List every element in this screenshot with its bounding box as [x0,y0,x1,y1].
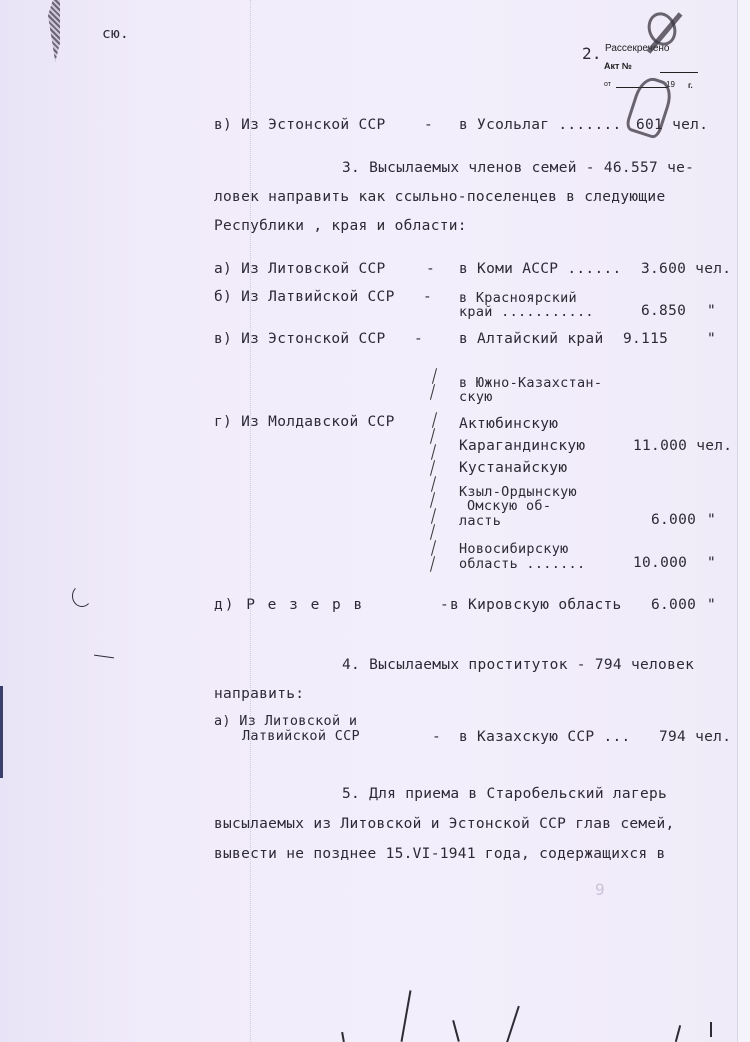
item-g-dest-omsk-1: Омскую об- [467,499,551,513]
item-d-label: д) Р е з е р в [214,597,364,613]
section-3-heading-line-2: ловек направить как ссыльно-поселенцев в… [214,189,666,205]
stamp-underline [660,72,698,73]
continuation-destination: в Усольлаг ....... [459,117,622,133]
item-g-label: г) Из Молдавской ССР [214,414,395,430]
item-g-dest-novosibirsk-2: область ....... [459,557,585,571]
stamp-line-3-end: г. [688,81,693,90]
item-g-value-omsk: 6.000 [651,512,696,528]
section-4-item-label-2: Латвийской ССР [242,729,360,743]
section-4-item-value: 794 чел. [659,729,731,745]
item-g-dest-kzyl-orda: Кзыл-Ордынскую [459,485,577,499]
item-d-value: 6.000 [651,597,696,613]
section-4-heading-line-2: направить: [214,686,304,702]
item-a-label: а) Из Литовской ССР [214,261,386,277]
section-4-item-destination: в Казахскую ССР ... [459,729,631,745]
item-c-dash: - [414,331,423,347]
item-c-value: 9.115 [623,331,668,347]
item-b-ditto: " [707,303,716,319]
item-d-destination: в Кировскую область [450,597,622,613]
top-left-fragment: сю. [102,26,129,42]
item-a-dash: - [426,261,435,277]
item-b-dash: - [423,289,432,305]
scan-stroke-5 [710,1022,712,1037]
continuation-value: 601 чел. [636,117,708,133]
page-edge [737,0,750,1042]
item-g-dest-south-kazakhstan-1: в Южно-Казахстан- [459,376,602,390]
section-5-line-3: вывести не позднее 15.VI-1941 года, соде… [214,846,666,862]
continuation-dash: - [424,117,433,133]
section-4-heading-line-1: 4. Высылаемых проституток - 794 человек [342,657,694,673]
section-4-item-label-1: а) Из Литовской и [214,714,357,728]
item-d-dash: - [440,597,449,613]
faint-number: 9 [595,880,605,899]
item-a-value: 3.600 чел. [641,261,731,277]
edge-bar [0,686,3,778]
stamp-line-3-prefix: от [604,81,611,88]
item-c-ditto: " [707,331,716,347]
item-a-destination: в Коми АССР ...... [459,261,622,277]
item-g-ditto-novosibirsk: " [707,555,716,571]
item-g-dest-south-kazakhstan-2: скую [459,390,493,404]
stamp-line-2: Акт № [604,61,632,71]
section-5-line-1: 5. Для приема в Старобельский лагерь [342,786,667,802]
continuation-label: в) Из Эстонской ССР [214,117,386,133]
item-g-value-kazakhstan: 11.000 чел. [633,438,732,454]
item-d-ditto: " [707,597,716,613]
item-c-destination: в Алтайский край [459,331,603,347]
item-g-dest-omsk-2: ласть [459,514,501,528]
fold-line [250,0,251,1042]
section-3-heading-line-3: Республики , края и области: [214,218,467,234]
section-5-line-2: высылаемых из Литовской и Эстонской ССР … [214,816,675,832]
section-3-heading-line-1: 3. Высылаемых членов семей - 46.557 че- [342,160,694,176]
scan-mark-arc [72,585,92,607]
item-g-dest-karaganda: Карагандинскую [459,438,585,454]
section-4-item-dash: - [432,729,441,745]
item-g-dest-aktyubinsk: Актюбинскую [459,416,558,432]
item-b-destination-2: край ........... [459,305,594,319]
item-b-destination-1: в Красноярский [459,291,577,305]
item-g-ditto-omsk: " [707,512,716,528]
item-g-value-novosibirsk: 10.000 [633,555,687,571]
page-number: 2. [582,44,602,63]
document-page [0,0,738,1042]
item-b-label: б) Из Латвийской ССР [214,289,395,305]
item-c-label: в) Из Эстонской ССР [214,331,386,347]
item-g-dest-kustanai: Кустанайскую [459,460,567,476]
item-g-dest-novosibirsk-1: Новосибирскую [459,542,569,556]
item-b-value: 6.850 [641,303,686,319]
